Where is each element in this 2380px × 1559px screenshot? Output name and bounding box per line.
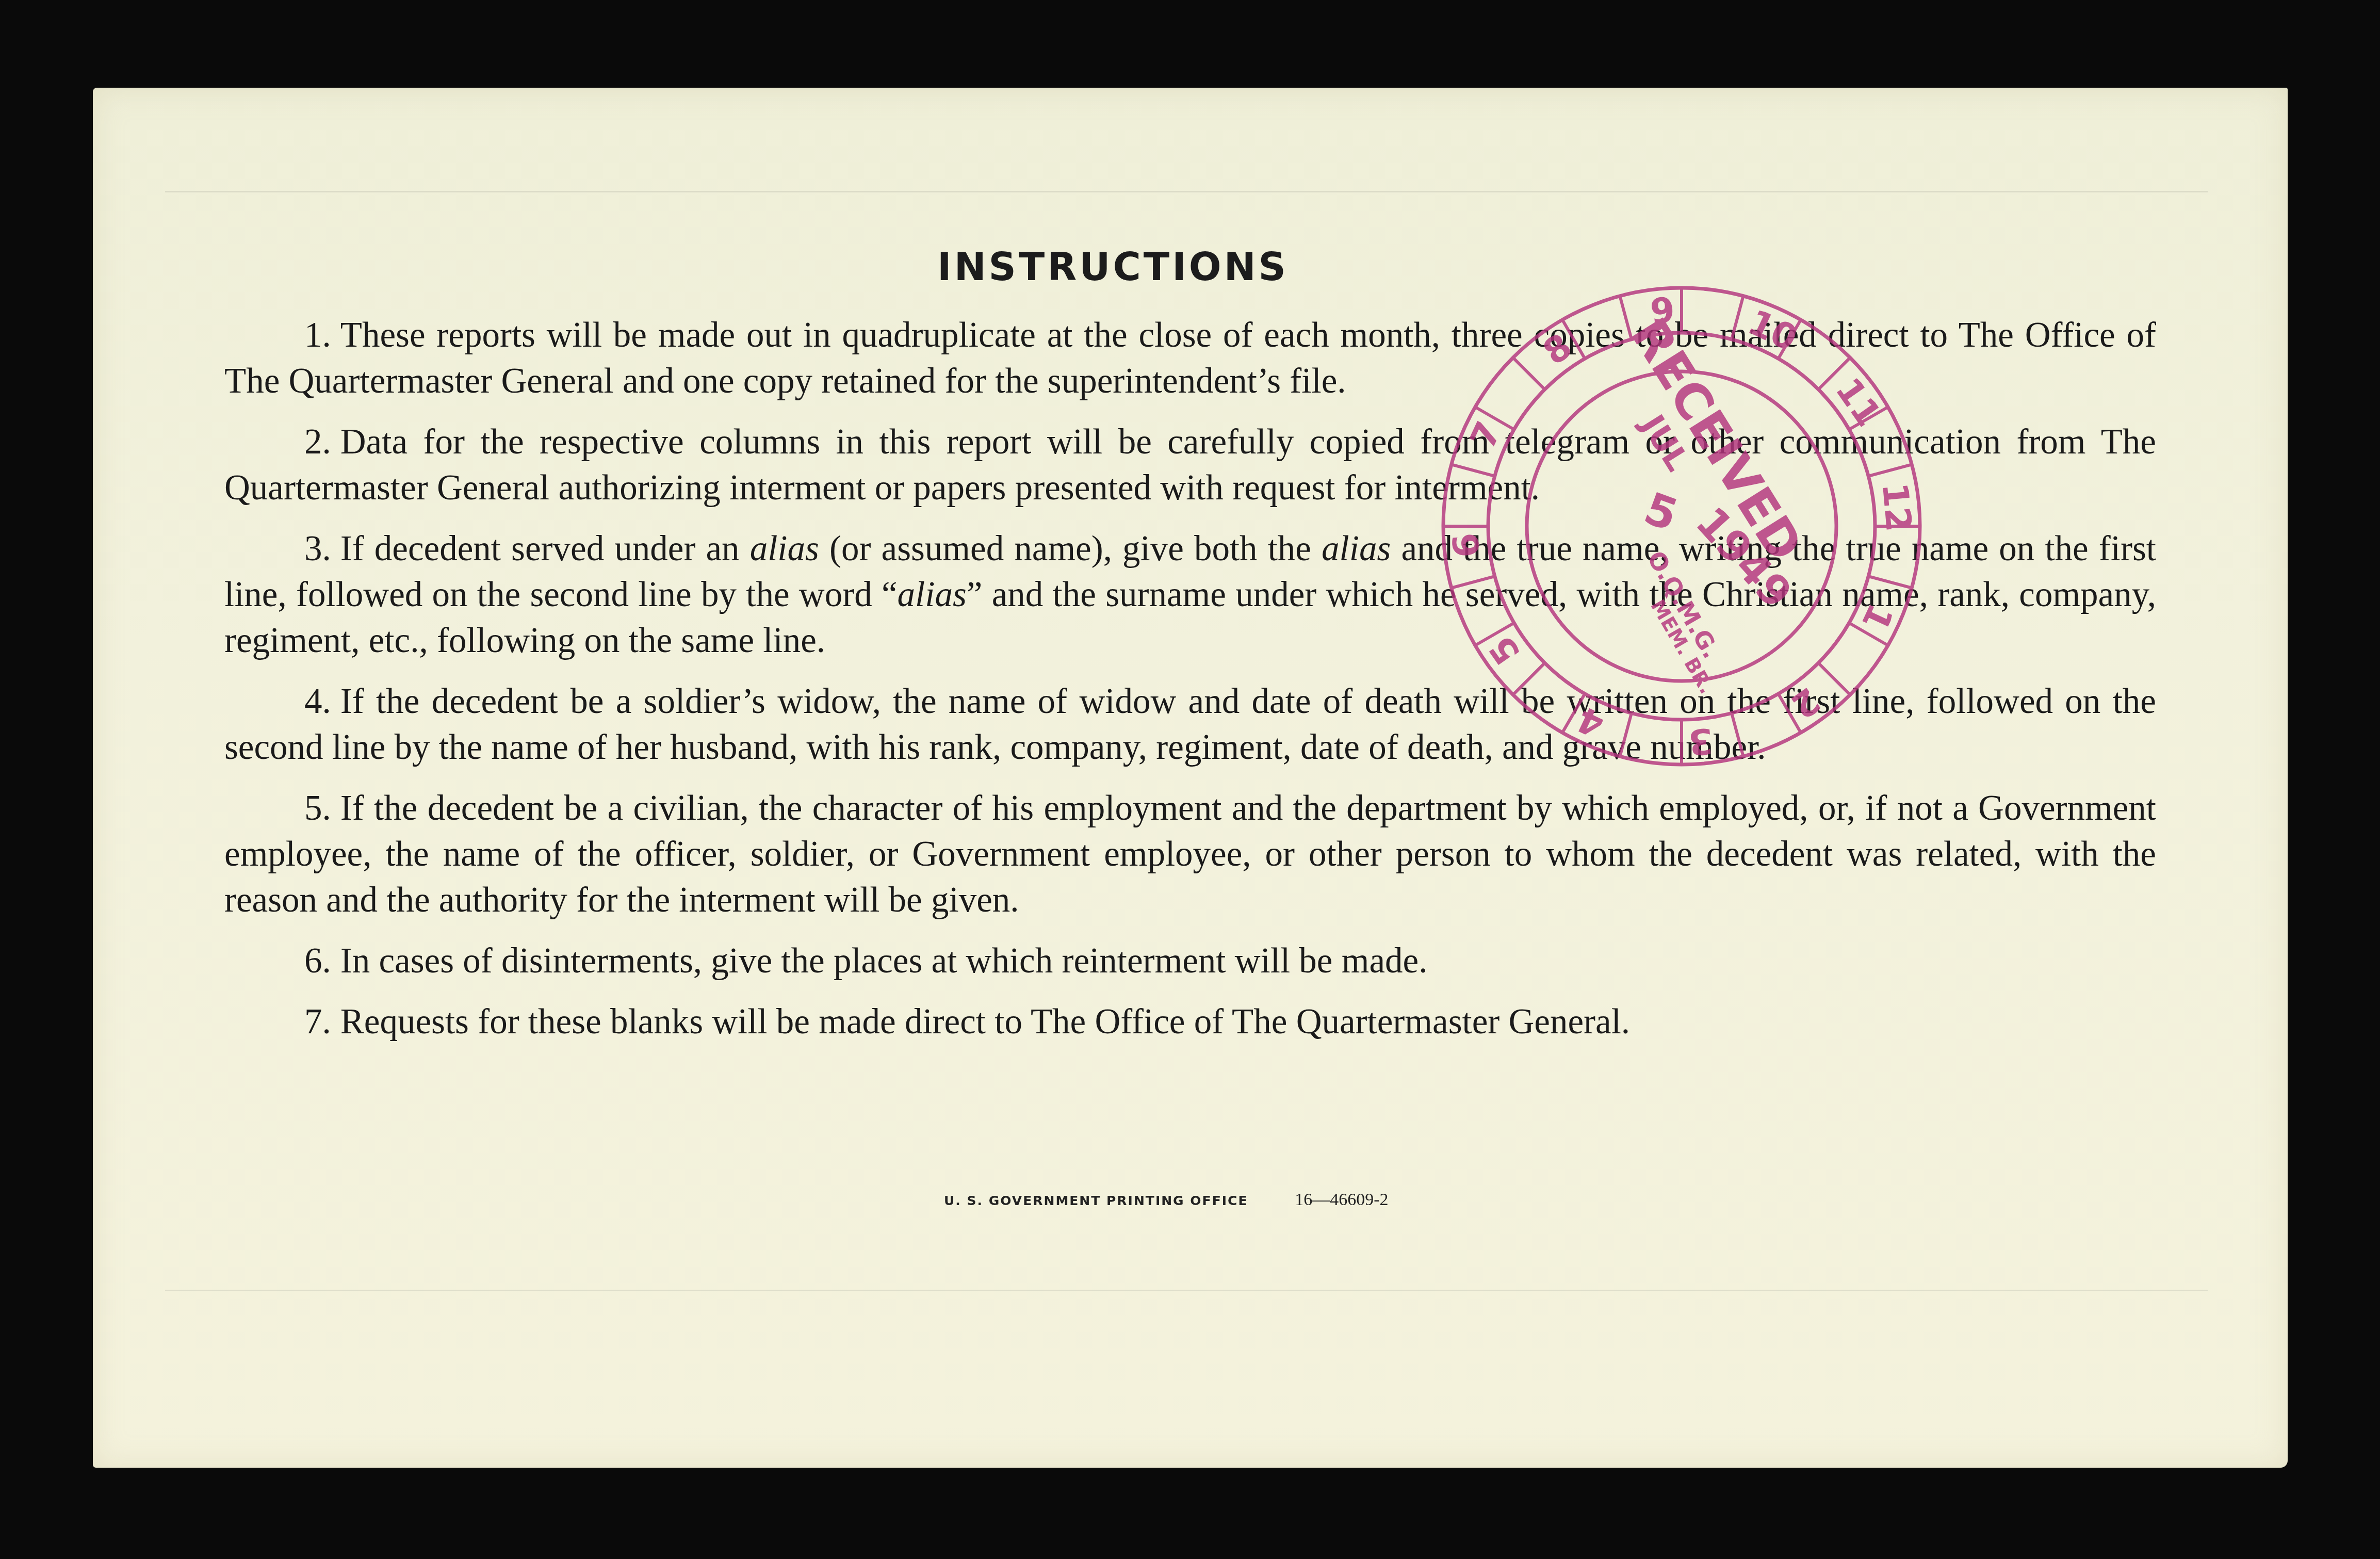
- instruction-text: Requests for these blanks will be made d…: [340, 1002, 1630, 1041]
- instruction-text: In cases of disinterments, give the plac…: [340, 941, 1428, 980]
- italic-term: alias: [750, 529, 819, 568]
- instruction-number: 2.: [304, 422, 331, 461]
- instruction-item-3: 3.If decedent served under an alias (or …: [224, 526, 2156, 663]
- instruction-item-7: 7.Requests for these blanks will be made…: [224, 999, 2156, 1045]
- bleed-through-rule: [165, 191, 2208, 192]
- form-code: 16—46609-2: [1295, 1190, 1388, 1209]
- instruction-item-2: 2.Data for the respective columns in thi…: [224, 419, 2156, 511]
- instruction-item-1: 1.These reports will be made out in quad…: [224, 312, 2156, 404]
- instruction-number: 7.: [304, 1002, 331, 1041]
- instruction-text: If the decedent be a civilian, the chara…: [224, 788, 2156, 919]
- instruction-number: 3.: [304, 529, 331, 568]
- italic-term: alias: [1322, 529, 1391, 568]
- bleed-through-rule: [165, 1290, 2208, 1291]
- instruction-item-6: 6.In cases of disinterments, give the pl…: [224, 938, 2156, 984]
- printer-imprint: U. S. GOVERNMENT PRINTING OFFICE 16—4660…: [944, 1190, 1389, 1210]
- italic-term: alias: [898, 575, 967, 614]
- instructions-list: 1.These reports will be made out in quad…: [224, 312, 2156, 1060]
- instruction-text: These reports will be made out in quadru…: [224, 315, 2156, 400]
- instruction-number: 5.: [304, 788, 331, 827]
- instruction-number: 4.: [304, 681, 331, 721]
- document-page: INSTRUCTIONS 1.These reports will be mad…: [93, 88, 2288, 1468]
- instruction-item-4: 4.If the decedent be a soldier’s widow, …: [224, 678, 2156, 770]
- instruction-item-5: 5.If the decedent be a civilian, the cha…: [224, 785, 2156, 923]
- instruction-text: (or assumed name), give both the: [819, 529, 1322, 568]
- instruction-number: 1.: [304, 315, 331, 354]
- instruction-text: If the decedent be a soldier’s widow, th…: [224, 681, 2156, 767]
- page-title: INSTRUCTIONS: [15, 245, 2210, 289]
- instruction-text: If decedent served under an: [340, 529, 750, 568]
- instruction-number: 6.: [304, 941, 331, 980]
- instruction-text: Data for the respective columns in this …: [224, 422, 2156, 507]
- printer-name: U. S. GOVERNMENT PRINTING OFFICE: [944, 1193, 1248, 1208]
